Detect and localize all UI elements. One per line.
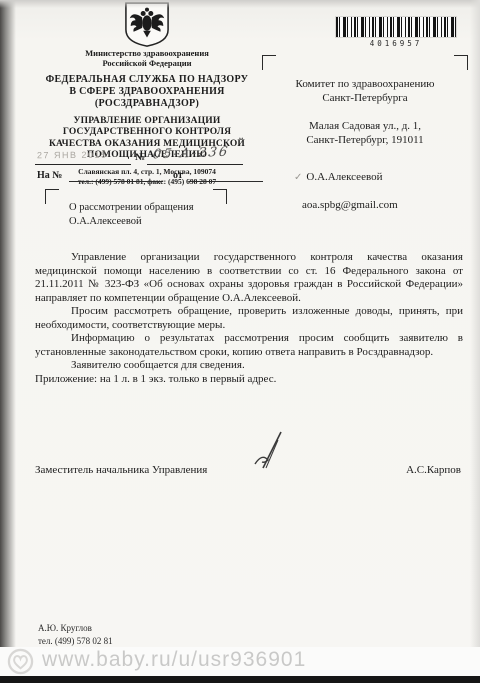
signer-name: А.С.Карпов xyxy=(406,464,461,476)
ministry-line-1: Министерство здравоохранения xyxy=(30,48,264,58)
date-underline xyxy=(35,164,131,165)
recipient-org-line-1: Комитет по здравоохранению xyxy=(262,77,468,91)
recipient-person: О.А.Алексеевой xyxy=(306,171,382,183)
recipient-addr-line-2: Санкт-Петербург, 191011 xyxy=(262,133,468,147)
paragraph-1: Управление организации государственного … xyxy=(35,251,463,305)
recipient-org-line-2: Санкт-Петербурга xyxy=(262,91,468,105)
executor-block: А.Ю. Круглов тел. (499) 578 02 81 xyxy=(38,622,113,648)
barcode-icon xyxy=(335,16,457,38)
corner-mark-right xyxy=(213,189,227,204)
barcode-block: 4016957 xyxy=(335,16,457,48)
baby-ru-logo-icon xyxy=(7,648,34,675)
service-line-2: В СФЕРЕ ЗДРАВООХРАНЕНИЯ xyxy=(30,86,264,98)
date-number-row: 27 ЯНВ 2015 № 05-А-236 xyxy=(35,149,265,171)
corner-mark-left xyxy=(45,189,59,204)
ref-from-label: от xyxy=(173,170,183,181)
ref-label: На № xyxy=(37,170,62,181)
handwritten-number: 05-А-236 xyxy=(152,145,231,163)
paragraph-4: Заявителю сообщается для сведения. xyxy=(35,359,463,373)
watermark-strip: www.baby.ru/u/usr936901 xyxy=(0,647,480,676)
signer-position: Заместитель начальника Управления xyxy=(35,464,207,476)
recipient-address: Малая Садовая ул., д. 1, Санкт-Петербург… xyxy=(262,119,468,148)
barcode-number: 4016957 xyxy=(335,39,457,48)
scan-bottom-bar xyxy=(0,676,480,683)
service-line-1: ФЕДЕРАЛЬНАЯ СЛУЖБА ПО НАДЗОРУ xyxy=(30,74,264,86)
addressee-block: Комитет по здравоохранению Санкт-Петербу… xyxy=(262,55,468,215)
paragraph-3: Информацию о результатах рассмотрения пр… xyxy=(35,332,463,359)
department-line-1: УПРАВЛЕНИЕ ОРГАНИЗАЦИИ xyxy=(30,116,264,128)
subject-block: О рассмотрении обращения О.А.Алексеевой xyxy=(45,186,227,242)
subject-text: О рассмотрении обращения О.А.Алексеевой xyxy=(69,201,194,228)
coat-of-arms-icon xyxy=(121,2,173,48)
ministry-line-2: Российской Федерации xyxy=(30,58,264,68)
signature-icon xyxy=(247,428,293,474)
ministry-name: Министерство здравоохранения Российской … xyxy=(30,48,264,69)
recipient-email: aoa.spbg@gmail.com xyxy=(302,199,398,211)
recipient-person-line: ✓О.А.Алексеевой xyxy=(294,171,480,183)
checkmark-icon: ✓ xyxy=(294,172,302,183)
ref-underline-1 xyxy=(69,181,163,182)
watermark-url: www.baby.ru/u/usr936901 xyxy=(42,648,306,672)
paragraph-2: Просим рассмотреть обращение, проверить … xyxy=(35,305,463,332)
letter-page: Министерство здравоохранения Российской … xyxy=(0,0,480,676)
department-line-2: ГОСУДАРСТВЕННОГО КОНТРОЛЯ xyxy=(30,127,264,139)
letter-body: Управление организации государственного … xyxy=(35,251,463,386)
addressee-text: Комитет по здравоохранению Санкт-Петербу… xyxy=(262,77,468,147)
subject-line-2: О.А.Алексеевой xyxy=(69,215,194,229)
ref-underline-2 xyxy=(189,181,263,182)
corner-mark-left xyxy=(262,55,276,70)
recipient-addr-line-1: Малая Садовая ул., д. 1, xyxy=(262,119,468,133)
reference-row: На № от xyxy=(35,169,265,187)
signature-row: Заместитель начальника Управления А.С.Ка… xyxy=(35,456,463,496)
date-stamp: 27 ЯНВ 2015 xyxy=(37,150,108,161)
number-label: № xyxy=(135,152,145,163)
attachment-line: Приложение: на 1 л. в 1 экз. только в пе… xyxy=(35,373,463,387)
service-line-3: (РОСЗДРАВНАДЗОР) xyxy=(30,98,264,110)
scanned-letter: Министерство здравоохранения Российской … xyxy=(0,0,480,683)
corner-mark-right xyxy=(454,55,468,70)
service-name: ФЕДЕРАЛЬНАЯ СЛУЖБА ПО НАДЗОРУ В СФЕРЕ ЗД… xyxy=(30,74,264,110)
number-underline xyxy=(147,164,243,165)
subject-line-1: О рассмотрении обращения xyxy=(69,201,194,215)
executor-name: А.Ю. Круглов xyxy=(38,622,113,635)
